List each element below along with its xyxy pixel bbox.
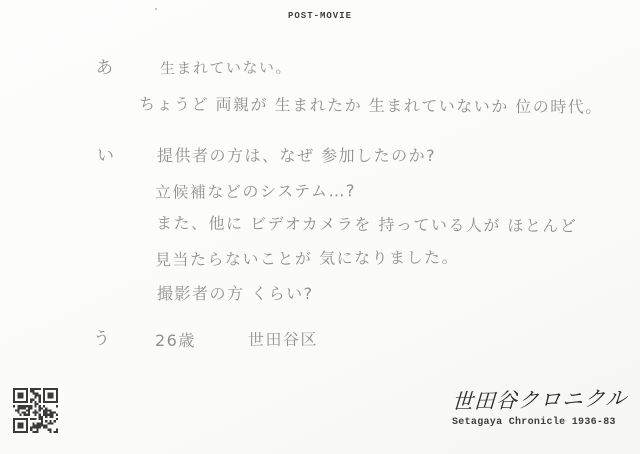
qr-code-icon [13, 388, 58, 433]
answer-u-label: う [93, 329, 112, 349]
answer-i-label: い [97, 146, 116, 166]
answer-u-age: 26歳 [155, 331, 196, 350]
answer-a-label: あ [96, 58, 115, 78]
answer-a-line-1: 生まれていない。 [160, 58, 292, 77]
setagaya-chronicle-logo: 世田谷クロニクル [451, 382, 628, 416]
answer-i-line-4: 見当たらないことが 気になりました。 [155, 248, 459, 270]
answer-i-line-5: 撮影者の方 くらい? [157, 284, 314, 303]
scan-speck [155, 8, 157, 10]
answer-a-line-2: ちょうど 両親が 生まれたか 生まれていないか 位の時代。 [139, 94, 603, 116]
setagaya-chronicle-subtitle: Setagaya Chronicle 1936-83 [452, 417, 616, 428]
answer-u-place: 世田谷区 [248, 330, 318, 350]
card-header-title: POST-MOVIE [288, 11, 352, 21]
scanned-answer-card: POST-MOVIE あ 生まれていない。 ちょうど 両親が 生まれたか 生まれ… [0, 0, 640, 454]
answer-i-line-3: また、他に ビデオカメラを 持っている人が ほとんど [156, 214, 578, 236]
answer-i-line-1: 提供者の方は、なぜ 参加したのか? [157, 146, 436, 165]
answer-i-line-2: 立候補などのシステム…? [155, 181, 356, 202]
